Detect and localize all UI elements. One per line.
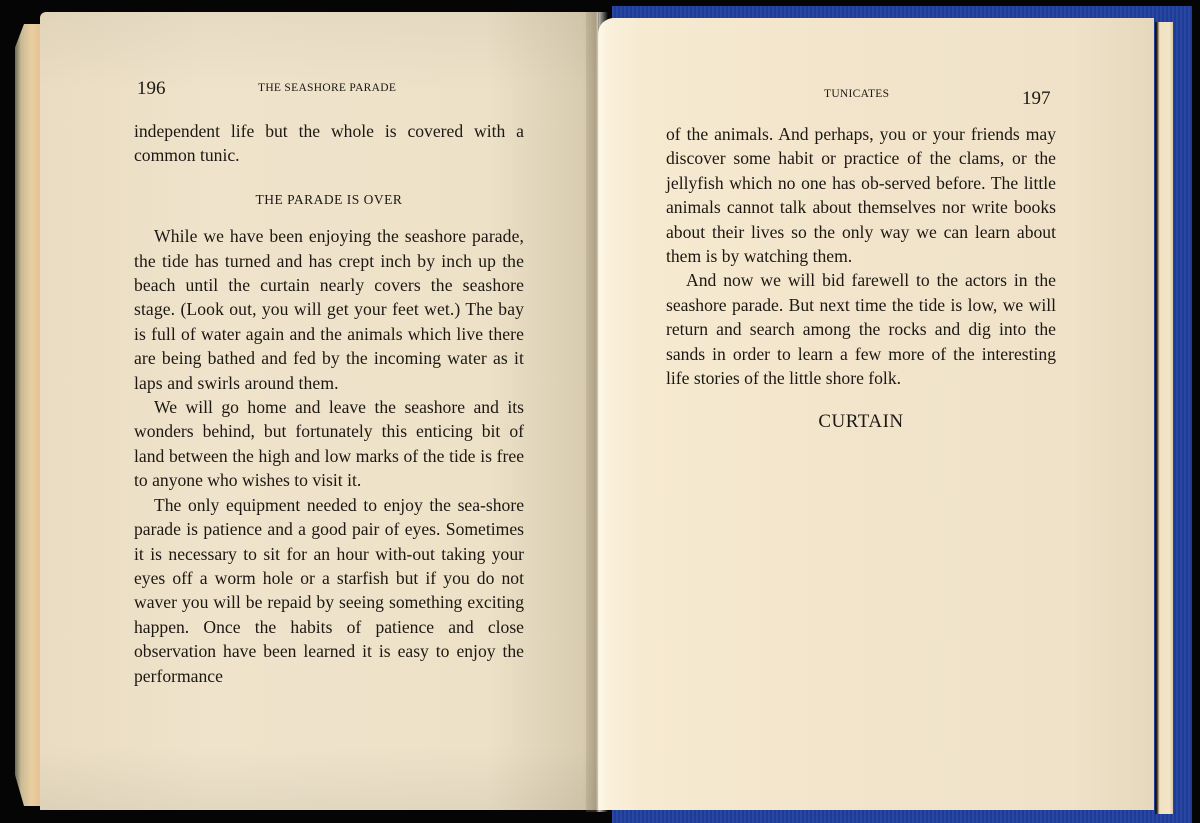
paragraph: And now we will bid farewell to the acto… — [666, 268, 1056, 390]
left-running-head: THE SEASHORE PARADE — [258, 82, 396, 94]
right-running-head: TUNICATES — [824, 88, 889, 100]
right-page-stack-edge — [1155, 22, 1173, 814]
paragraph: While we have been enjoying the seashore… — [134, 224, 524, 395]
book-gutter — [586, 12, 608, 812]
section-heading: THE PARADE IS OVER — [134, 188, 524, 212]
paragraph: The only equipment needed to enjoy the s… — [134, 493, 524, 688]
right-page-body: of the animals. And perhaps, you or your… — [666, 122, 1056, 435]
right-page-number: 197 — [1022, 88, 1051, 110]
paragraph: of the animals. And perhaps, you or your… — [666, 122, 1056, 268]
left-page-body: independent life but the whole is covere… — [134, 119, 524, 688]
paragraph: We will go home and leave the seashore a… — [134, 395, 524, 493]
continuation-paragraph: independent life but the whole is covere… — [134, 119, 524, 168]
closing-curtain-heading: CURTAIN — [666, 410, 1056, 434]
left-page-number: 196 — [137, 78, 166, 100]
book-spread-scan: 196 THE SEASHORE PARADE independent life… — [0, 0, 1200, 823]
